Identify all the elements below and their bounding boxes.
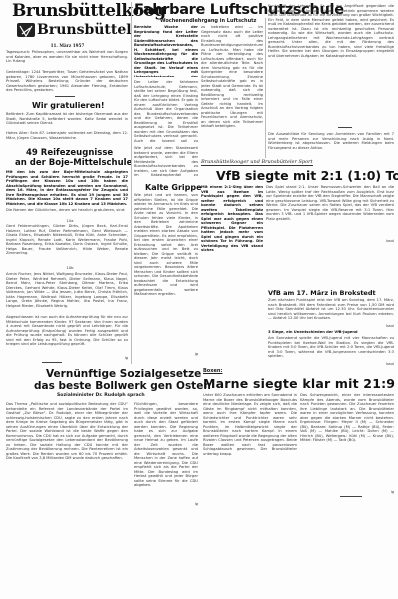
masthead-title-line2: Brunsbüttel bbox=[37, 23, 132, 38]
marne-col1: Unter 600 Zuschauern erhielten am Sonnab… bbox=[203, 393, 297, 496]
commemoration-days: Gedenktage: 1244 Tempelritter, Tusen Geh… bbox=[6, 70, 128, 92]
brokstedt-headline: VfB am 17. März in Brokstedt bbox=[268, 289, 376, 297]
coat-of-arms-icon bbox=[17, 23, 35, 37]
vfb-headline: VfB siegte mit 2:1 (1:0) Toren bbox=[216, 168, 398, 183]
signoff: lg bbox=[180, 502, 198, 506]
sozial-subheading: Sozialminister Dr. Rudolph sprach bbox=[57, 393, 145, 398]
grippe-heading: Kalte Grippe bbox=[145, 183, 202, 192]
signoff: jg bbox=[180, 352, 198, 356]
class-10b-names: Armin Fischer, Jens Nikkel, Wolfgang Bru… bbox=[6, 272, 128, 312]
grippe-intro: Wie jetzt auf dem Standesamt bekannt wur… bbox=[134, 146, 198, 178]
boxing-section-label: Boxen: bbox=[203, 368, 222, 374]
divider bbox=[42, 362, 62, 363]
gratulation-heading: Wir gratulieren! bbox=[32, 101, 105, 110]
notice-selection-list: Die Auswahlliste für Sendung von Anmelde… bbox=[268, 132, 394, 154]
youth-heading: 3 Siege, ein Unentschieden der VfB-Jugen… bbox=[268, 330, 394, 335]
signoff: lg bbox=[380, 490, 394, 494]
luftschutz-col2: zu betreiben wird — im Gegensatz dazu au… bbox=[201, 25, 263, 151]
class-10a-names: Gerd Feldermuhlingen, Günter Dirks, Jürg… bbox=[6, 224, 128, 264]
divider bbox=[340, 496, 362, 497]
sports-section-kicker: Brunsbüttelkooger und Brunsbütteler Spor… bbox=[201, 159, 313, 166]
gratulation-item: Hohes Alter: Sein 87. Lebensjahr vollend… bbox=[6, 131, 128, 145]
reife-closing: Abgeschlossen ist nun auch die Aufnahmep… bbox=[6, 315, 128, 360]
divider bbox=[55, 96, 75, 97]
column-rule bbox=[265, 18, 266, 158]
marne-col2: Das Schwergewicht, einer der interessant… bbox=[300, 393, 394, 492]
divider bbox=[338, 127, 352, 128]
newspaper-page: Brunsbüttelkoog Brunsbüttel 11. März 195… bbox=[0, 0, 398, 599]
luftschutz-lead: Bereiste Woche der Begründung fand der L… bbox=[134, 25, 198, 77]
vfb-col2: Das Spiel stand 2:1. Unser Rasmussen-Sch… bbox=[266, 185, 394, 239]
gratulation-item: Befördert: Zum Kapitänsmaat ist der bish… bbox=[6, 112, 128, 129]
sozial-headline-line2: das beste Bollwerk gen Osten bbox=[34, 380, 211, 392]
luftschutz-col1: Der Leiter der fahrbaren Luftschutzschul… bbox=[134, 80, 198, 142]
luftschutz-subheading: Wochenendlehrgang in Luftschutz bbox=[160, 18, 256, 24]
sozial-col1: Das Thema „Politische und sozialpolitisc… bbox=[6, 402, 128, 572]
class-10a-label: 10a bbox=[60, 219, 80, 224]
class-10b-label: 10b bbox=[60, 266, 80, 271]
reife-names-intro: Die Namen der Glücklichen, denen wir her… bbox=[6, 208, 128, 217]
reife-headline-line1: 49 Reifezeugnisse bbox=[26, 148, 113, 158]
column-rule bbox=[131, 2, 132, 364]
grippe-body: Wie jetzt und wir kamen, von offiziellen… bbox=[134, 193, 198, 353]
brokstedt-body: Zum nächsten Punktspiel reist der VfB am… bbox=[268, 298, 394, 324]
marne-headline: Marne siegte klar mit 21:9 Punkten bbox=[203, 376, 398, 391]
reife-lead: Mit den bis zum der Boje-Mittelschule ab… bbox=[6, 170, 128, 206]
sozial-col2: Flüchtlingen, besondere Privilegien gewä… bbox=[134, 402, 198, 502]
sozial-headline-line1: Vernünftige Sozialgesetze bbox=[46, 368, 201, 380]
issue-date: 11. März 1957 bbox=[40, 43, 95, 48]
vfb-lead: Mit einem 2:1-Sieg über den VfB aus Itze… bbox=[201, 185, 263, 355]
signoff: baul bbox=[378, 239, 394, 243]
signoff: baul bbox=[378, 362, 394, 366]
signoff: lg bbox=[110, 356, 128, 360]
youth-body: Am Sonnabend spielte die VfB-Jugend mit … bbox=[268, 336, 394, 362]
signoff: baul bbox=[378, 324, 394, 328]
daily-quote: Tagesspruch: Philosophen, unverzeihbar a… bbox=[6, 50, 128, 68]
reife-headline-line2: an der Boje-Mittelschule bbox=[15, 158, 132, 168]
luftschutz-col3: Funkgerät des Lehrgangs. Es gab am Angri… bbox=[268, 4, 394, 125]
masthead: Brunsbüttelkoog Brunsbüttel bbox=[4, 2, 132, 42]
